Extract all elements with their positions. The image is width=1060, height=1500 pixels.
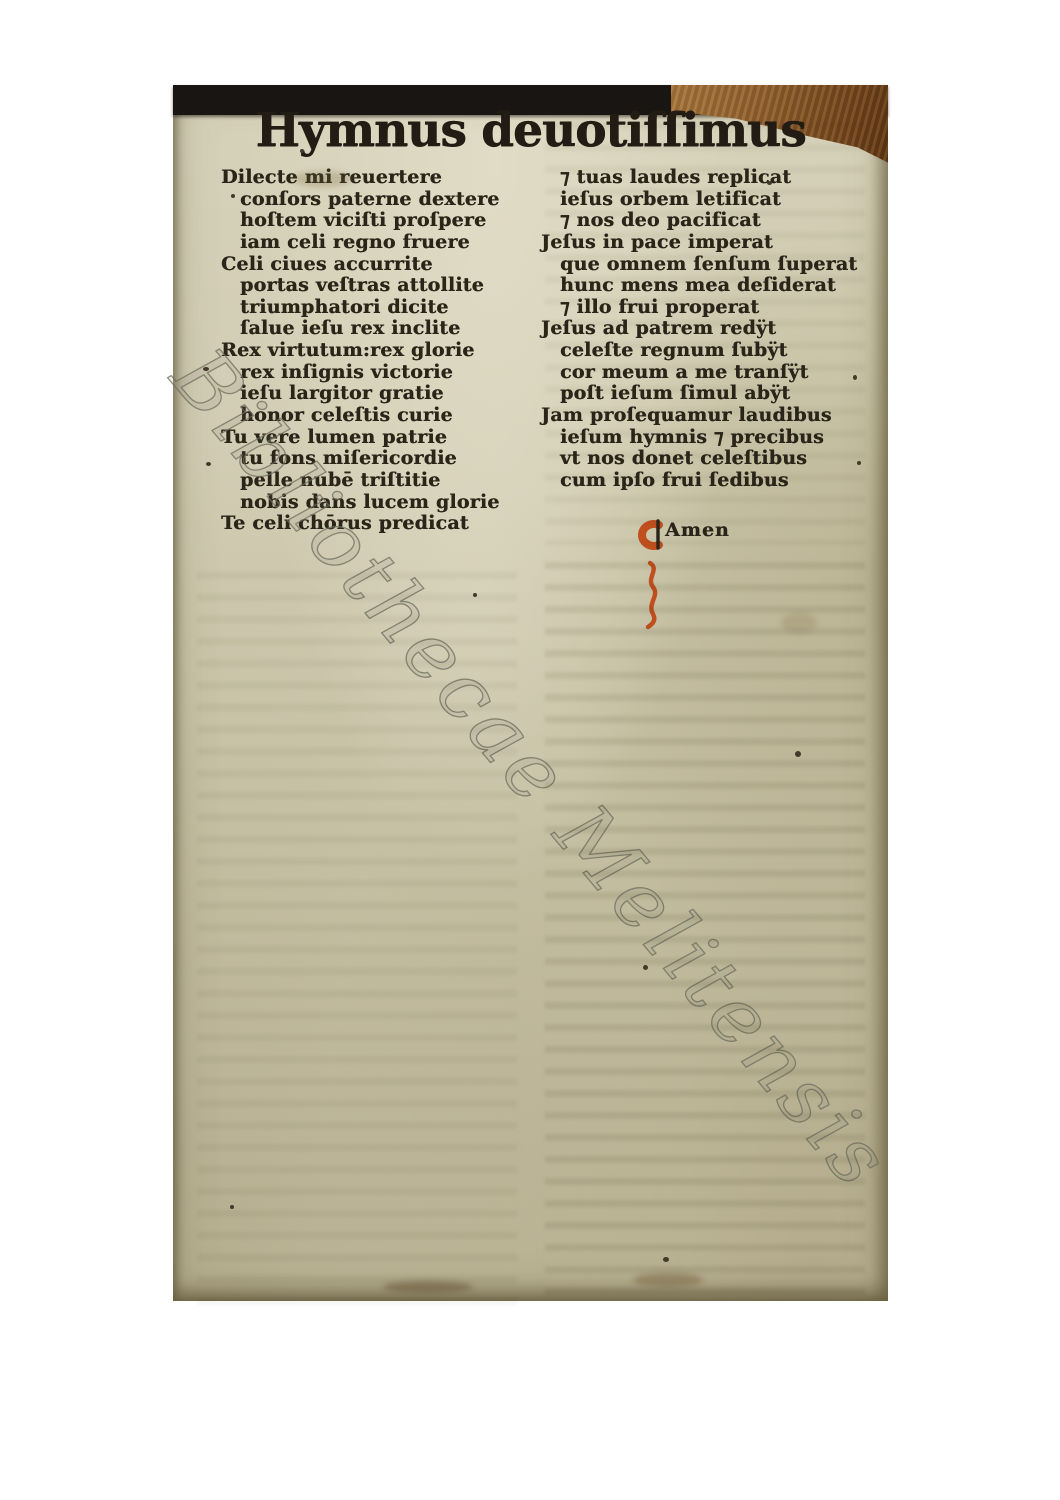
- paper-stain: [633, 1273, 703, 1287]
- hymn-line: que omnem ſenſum ſuperat: [560, 254, 861, 276]
- verso-showthrough-left: [197, 565, 517, 1305]
- ink-speck: [230, 1205, 234, 1209]
- hymn-line: conſors paterne dextere: [240, 189, 541, 211]
- hymn-line: poſt ieſum ſimul abÿt: [560, 383, 861, 405]
- verso-showthrough-right: [545, 555, 865, 1305]
- hymn-title: Hymnus deuotiſſimus: [173, 103, 888, 158]
- hymn-line: ⁊ nos deo pacificat: [560, 210, 861, 232]
- hymn-line: rex inſignis victorie: [240, 362, 541, 384]
- incunabulum-page-scan: Hymnus deuotiſſimus Dilecte mi reuertere…: [173, 85, 888, 1301]
- hymn-line: honor celeſtis curie: [240, 405, 541, 427]
- ink-speck: [795, 751, 801, 757]
- hymn-line: portas veſtras attollite: [240, 275, 541, 297]
- hymn-left-column: Dilecte mi reuertereconſors paterne dext…: [211, 167, 541, 535]
- hymn-line: nobis dans lucem glorie: [240, 492, 541, 514]
- hymn-line: cum ipſo frui ſedibus: [560, 470, 861, 492]
- hymn-line: ⁊ tuas laudes replicat: [560, 167, 861, 189]
- ink-speck: [203, 367, 209, 371]
- hymn-line: triumphatori dicite: [240, 297, 541, 319]
- paper-stain: [781, 613, 817, 633]
- paper-stain: [383, 1281, 473, 1293]
- hymn-line: celeſte regnum ſubÿt: [560, 340, 861, 362]
- hymn-line: tu fons miſericordie: [240, 448, 541, 470]
- hymn-line: ſalue ieſu rex inclite: [240, 318, 541, 340]
- ink-speck: [643, 965, 648, 970]
- hymn-line: iam celi regno fruere: [240, 232, 541, 254]
- hymn-line: Jeſus in pace imperat: [541, 232, 861, 254]
- ink-speck: [473, 593, 477, 597]
- hymn-line: Jam proſequamur laudibus: [541, 405, 861, 427]
- hymn-line: Celi ciues accurrite: [221, 254, 541, 276]
- amen-text: Amen: [665, 519, 730, 541]
- hymn-line: cor meum a me tranſÿt: [560, 362, 861, 384]
- hymn-line: ieſus orbem letificat: [560, 189, 861, 211]
- ink-speck: [663, 1257, 669, 1262]
- hymn-line: Dilecte mi reuertere: [221, 167, 541, 189]
- amen-line: Amen: [633, 515, 773, 645]
- hymn-line: Jeſus ad patrem redÿt: [541, 318, 861, 340]
- hymn-line: Te celi chōrus predicat: [221, 513, 541, 535]
- hymn-line: ⁊ illo frui properat: [560, 297, 861, 319]
- hymn-line: pelle nubē triſtitie: [240, 470, 541, 492]
- hymn-right-column: ⁊ tuas laudes replicatieſus orbem letifi…: [531, 167, 861, 492]
- hymn-line: ieſu largitor gratie: [240, 383, 541, 405]
- hymn-line: ieſum hymnis ⁊ precibus: [560, 427, 861, 449]
- hymn-line: hunc mens mea deſiderat: [560, 275, 861, 297]
- hymn-line: hoſtem viciſti proſpere: [240, 210, 541, 232]
- hymn-line: vt nos donet celeſtibus: [560, 448, 861, 470]
- hymn-line: Rex virtutum:rex glorie: [221, 340, 541, 362]
- hymn-line: Tu vere lumen patrie: [221, 427, 541, 449]
